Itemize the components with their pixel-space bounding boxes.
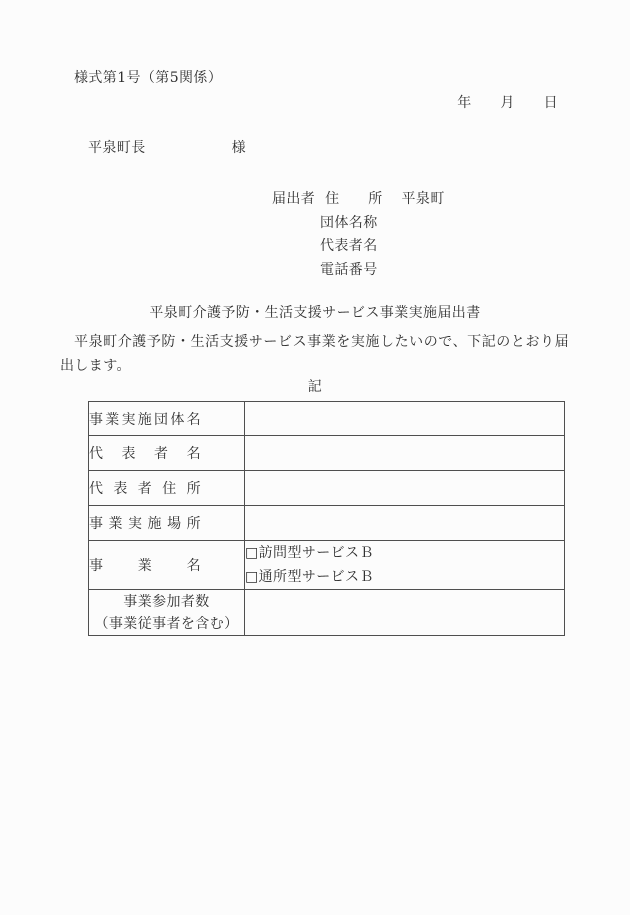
declarant-rep-name-label: 代表者名 <box>272 235 445 259</box>
service-option-label: 訪問型サービスＢ <box>259 545 374 561</box>
declarant-label: 届出者 <box>272 191 315 207</box>
declarant-block: 届出者 住 所 平泉町 団体名称 代表者名 電話番号 <box>272 188 445 283</box>
declarant-address-label: 住 所 <box>325 191 383 207</box>
table-row: 代表者住所 <box>89 471 565 506</box>
form-number: 様式第1号（第5関係） <box>74 67 222 87</box>
table-row: 事業実施団体名 <box>89 402 565 436</box>
service-option-label: 通所型サービスＢ <box>259 569 374 585</box>
service-option-daycare: □通所型サービスＢ <box>245 565 564 589</box>
declarant-address-value: 平泉町 <box>402 191 445 207</box>
row-label-participants-note: （事業従事者を含む） <box>89 613 244 635</box>
addressee-honorific: 様 <box>232 137 246 157</box>
row-value-rep-address <box>245 471 565 506</box>
checkbox-icon: □ <box>245 565 259 589</box>
row-value-location <box>245 506 565 541</box>
participants-label-cell: 事業参加者数 （事業従事者を含む） <box>89 590 245 636</box>
date-line: 年 月 日 <box>457 92 558 112</box>
addressee: 平泉町長 <box>88 137 146 157</box>
row-value-org-name <box>245 402 565 436</box>
row-label-service-name: 事業名 <box>89 555 201 575</box>
table-row: 事業参加者数 （事業従事者を含む） <box>89 590 565 636</box>
declarant-address-line: 届出者 住 所 平泉町 <box>272 188 445 212</box>
declarant-org-name-label: 団体名称 <box>272 212 445 236</box>
service-options-cell: □訪問型サービスＢ □通所型サービスＢ <box>245 541 565 590</box>
declarant-phone-label: 電話番号 <box>272 259 445 283</box>
row-label-org-name: 事業実施団体名 <box>89 409 201 429</box>
table-row: 事業実施場所 <box>89 506 565 541</box>
form-table: 事業実施団体名 代表者名 代表者住所 事業実施場所 <box>88 401 565 636</box>
body-paragraph: 平泉町介護予防・生活支援サービス事業を実施したいので、下記のとおり届出します。 <box>60 330 569 378</box>
table-row: 代表者名 <box>89 436 565 471</box>
service-option-visit: □訪問型サービスＢ <box>245 541 564 565</box>
row-label-rep-name: 代表者名 <box>89 443 201 463</box>
document-page: 様式第1号（第5関係） 年 月 日 平泉町長 様 届出者 住 所 平泉町 団体名… <box>0 0 630 915</box>
table-row: 事業名 □訪問型サービスＢ □通所型サービスＢ <box>89 541 565 590</box>
checkbox-icon: □ <box>245 541 259 565</box>
row-value-participants <box>245 590 565 636</box>
row-value-rep-name <box>245 436 565 471</box>
row-label-rep-address: 代表者住所 <box>89 478 201 498</box>
record-marker: 記 <box>0 376 630 396</box>
document-title: 平泉町介護予防・生活支援サービス事業実施届出書 <box>0 302 630 322</box>
row-label-location: 事業実施場所 <box>89 513 201 533</box>
row-label-participants: 事業参加者数 <box>89 591 244 613</box>
addressee-line: 平泉町長 様 <box>88 137 246 157</box>
